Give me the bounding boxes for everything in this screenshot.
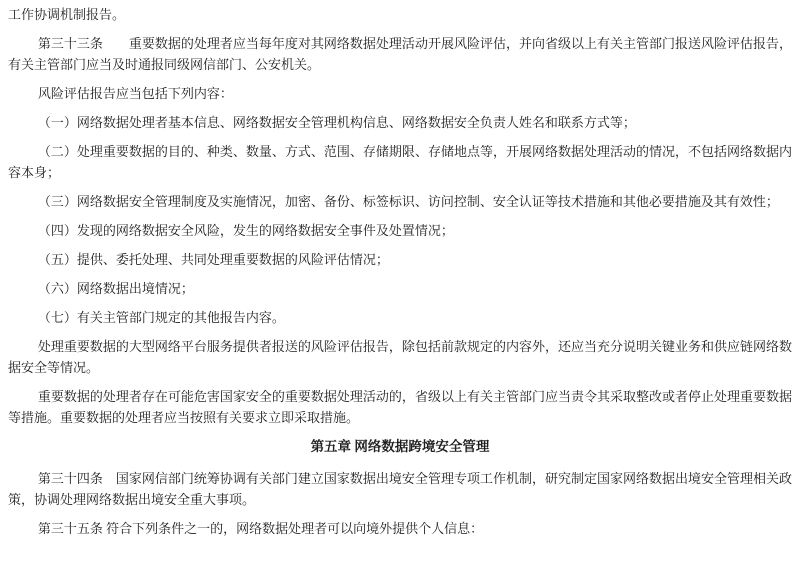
chapter-heading: 第五章 网络数据跨境安全管理 bbox=[8, 436, 792, 457]
paragraph: （五）提供、委托处理、共同处理重要数据的风险评估情况； bbox=[8, 249, 792, 270]
paragraph: （七）有关主管部门规定的其他报告内容。 bbox=[8, 307, 792, 328]
paragraph: （二）处理重要数据的目的、种类、数量、方式、范围、存储期限、存储地点等，开展网络… bbox=[8, 141, 792, 183]
paragraph: 第三十五条 符合下列条件之一的，网络数据处理者可以向境外提供个人信息： bbox=[8, 518, 792, 539]
paragraph: 重要数据的处理者存在可能危害国家安全的重要数据处理活动的，省级以上有关主管部门应… bbox=[8, 386, 792, 428]
document-page: 工作协调机制报告。第三十三条 重要数据的处理者应当每年度对其网络数据处理活动开展… bbox=[0, 0, 800, 565]
paragraph: 工作协调机制报告。 bbox=[8, 4, 792, 25]
paragraph: （三）网络数据安全管理制度及实施情况，加密、备份、标签标识、访问控制、安全认证等… bbox=[8, 191, 792, 212]
paragraph: 处理重要数据的大型网络平台服务提供者报送的风险评估报告，除包括前款规定的内容外，… bbox=[8, 336, 792, 378]
paragraph: 第三十四条 国家网信部门统筹协调有关部门建立国家数据出境安全管理专项工作机制，研… bbox=[8, 468, 792, 510]
paragraph: 第三十三条 重要数据的处理者应当每年度对其网络数据处理活动开展风险评估，并向省级… bbox=[8, 33, 792, 75]
document-body: 工作协调机制报告。第三十三条 重要数据的处理者应当每年度对其网络数据处理活动开展… bbox=[8, 4, 792, 539]
paragraph: （一）网络数据处理者基本信息、网络数据安全管理机构信息、网络数据安全负责人姓名和… bbox=[8, 112, 792, 133]
paragraph: 风险评估报告应当包括下列内容： bbox=[8, 83, 792, 104]
paragraph: （六）网络数据出境情况； bbox=[8, 278, 792, 299]
paragraph: （四）发现的网络数据安全风险，发生的网络数据安全事件及处置情况； bbox=[8, 220, 792, 241]
